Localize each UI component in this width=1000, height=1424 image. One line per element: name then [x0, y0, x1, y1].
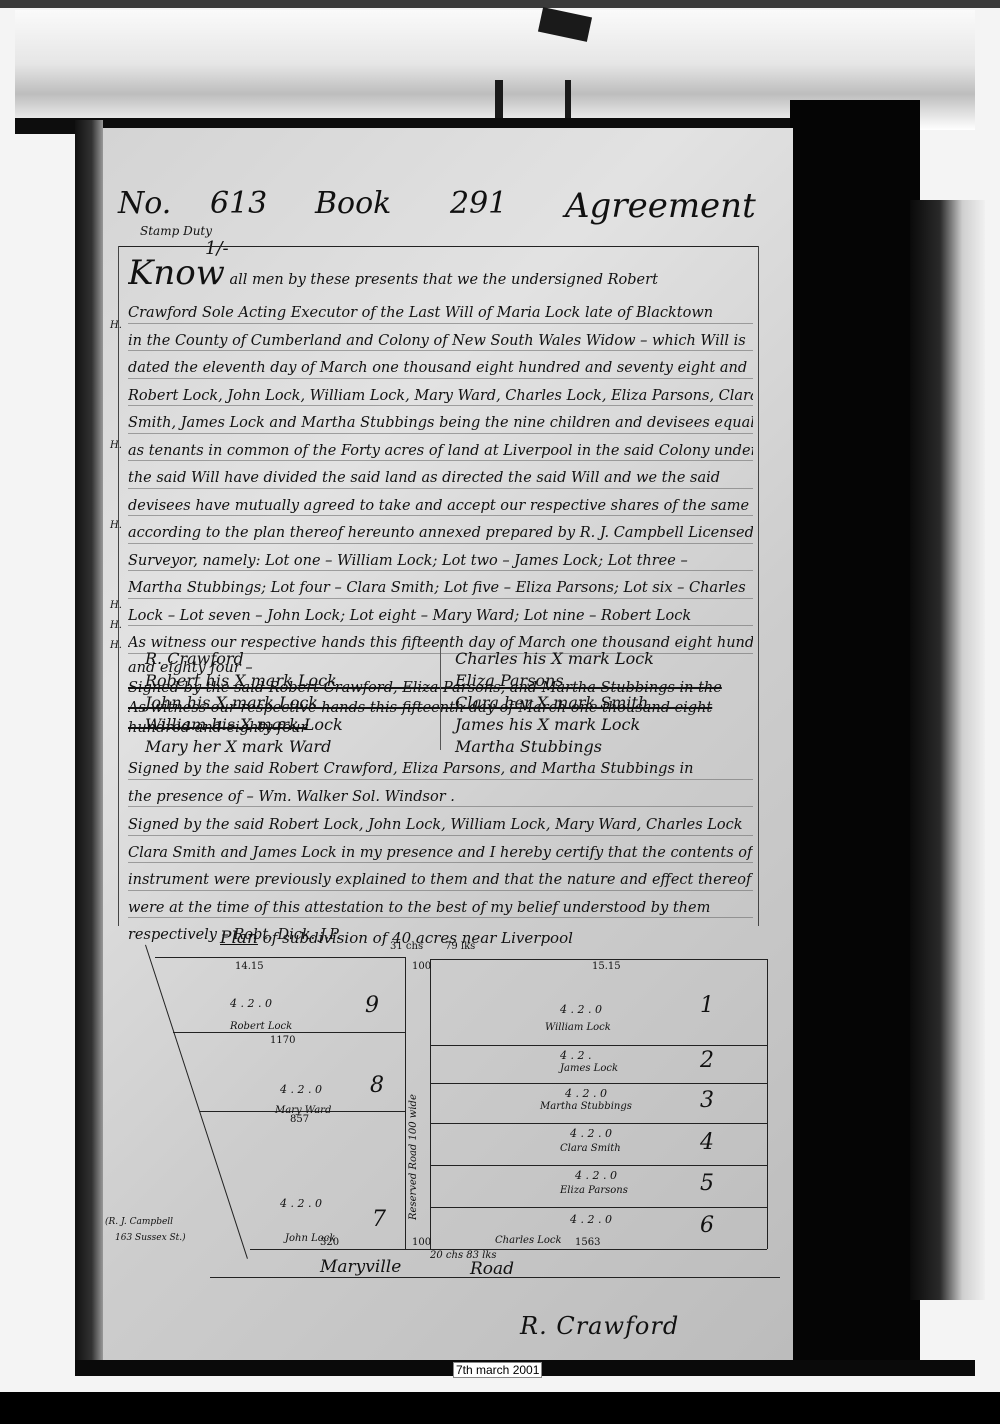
lot-divider	[430, 1045, 767, 1046]
measure-label: 79 lks	[445, 941, 475, 952]
signature-entry: Robert his X mark Lock	[145, 670, 343, 692]
lot-owner: Clara Smith	[560, 1143, 621, 1154]
book-label: Book	[315, 186, 391, 221]
measure-label: 14.15	[235, 961, 264, 972]
signature-entry: Martha Stubbings	[455, 736, 654, 758]
frame-left-shadow	[75, 120, 103, 1370]
lot-number: 7	[372, 1207, 386, 1232]
scan-top-edge	[0, 0, 1000, 8]
road-name: Maryville	[320, 1257, 401, 1277]
signature-entry: Charles his X mark Lock	[455, 648, 654, 670]
signature-entry: James his X mark Lock	[455, 714, 654, 736]
lot-owner: Charles Lock	[495, 1235, 562, 1246]
body-line: Smith, James Lock and Martha Stubbings b…	[128, 410, 753, 438]
measure-label: 15.15	[592, 961, 621, 972]
witness-line: Clara Smith and James Lock in my presenc…	[128, 840, 753, 868]
signature-entry: John his X mark Lock	[145, 692, 343, 714]
margin-note: H.	[110, 440, 122, 451]
body-line: in the County of Cumberland and Colony o…	[128, 328, 753, 356]
lot-area: 4 . 2 . 0	[575, 1169, 617, 1182]
lot-owner: Eliza Parsons	[560, 1185, 628, 1196]
lot-area: 4 . 2 . 0	[280, 1197, 322, 1210]
witness-line: the presence of – Wm. Walker Sol. Windso…	[128, 784, 753, 812]
signature-entry: R. Crawford	[145, 648, 343, 670]
body-line: Surveyor, namely: Lot one – William Lock…	[128, 548, 753, 576]
book-number: 291	[450, 186, 507, 221]
road-word: Road	[470, 1259, 514, 1279]
lot-number: 9	[365, 993, 379, 1018]
lot-number: 6	[700, 1213, 714, 1238]
footer-signature: R. Crawford	[520, 1312, 679, 1340]
measure-label: 100	[412, 1237, 431, 1248]
signature-entry: William his X mark Lock	[145, 714, 343, 736]
lot-area: 4 . 2 . 0	[565, 1087, 607, 1100]
body-line: as tenants in common of the Forty acres …	[128, 438, 753, 466]
lot-owner: Mary Ward	[275, 1105, 331, 1116]
reserved-road-label: Reserved Road 100 wide	[408, 1070, 428, 1220]
measure-label: 31 chs	[390, 941, 423, 952]
date-label: 7th march 2001	[453, 1362, 542, 1378]
lot-owner: Robert Lock	[230, 1021, 292, 1032]
body-line: Lock – Lot seven – John Lock; Lot eight …	[128, 603, 753, 631]
signature-entry: Clara her X mark Smith	[455, 692, 654, 714]
lot-area: 4 . 2 . 0	[280, 1083, 322, 1096]
lot-area: 4 . 2 .	[560, 1049, 591, 1062]
lot-owner: John Lock	[285, 1233, 335, 1244]
lot-number: 4	[700, 1130, 714, 1155]
reserved-road-edge	[405, 957, 406, 1249]
reserved-road-edge	[430, 959, 431, 1249]
scanned-document: No. 613 Book 291 Agreement Stamp Duty 1/…	[0, 0, 1000, 1424]
lot-owner: James Lock	[560, 1063, 618, 1074]
lot-area: 4 . 2 . 0	[570, 1127, 612, 1140]
margin-note: H.	[110, 640, 122, 651]
lot-number: 1	[700, 993, 714, 1018]
surveyor-address: 163 Sussex St.)	[115, 1233, 186, 1243]
lot-area: 4 . 2 . 0	[230, 997, 272, 1010]
scan-bottom-edge	[0, 1392, 1000, 1424]
frame-right-shadow	[790, 100, 920, 1370]
measure-label: 1563	[575, 1237, 600, 1248]
plan-boundary	[767, 959, 768, 1249]
lot-owner: William Lock	[545, 1022, 611, 1033]
body-line: Know all men by these presents that we t…	[128, 256, 753, 300]
lot-owner: Martha Stubbings	[540, 1101, 632, 1112]
lot-divider	[173, 1032, 405, 1033]
signature-divider	[440, 640, 441, 750]
plan-boundary	[155, 957, 405, 958]
body-line: Crawford Sole Acting Executor of the Las…	[128, 300, 753, 328]
tear-mark	[565, 80, 571, 118]
body-line: Robert Lock, John Lock, William Lock, Ma…	[128, 383, 753, 411]
plan-diagonal-boundary	[145, 945, 248, 1259]
margin-note: H.	[110, 320, 122, 331]
signatures-left: R. Crawford Robert his X mark Lock John …	[145, 648, 343, 758]
frame-right-fade	[910, 200, 985, 1300]
lot-number: 8	[370, 1073, 384, 1098]
body-line: devisees have mutually agreed to take an…	[128, 493, 753, 521]
signature-entry: Eliza Parsons	[455, 670, 654, 692]
lot-number: 3	[700, 1088, 714, 1113]
lot-divider	[430, 1123, 767, 1124]
body-line: according to the plan thereof hereunto a…	[128, 520, 753, 548]
lot-divider	[430, 1083, 767, 1084]
witness-clause-1: Signed by the said Robert Crawford, Eliz…	[128, 756, 753, 811]
document-number: 613	[210, 186, 267, 221]
witness-line: instrument were previously explained to …	[128, 867, 753, 895]
document-title: Agreement	[565, 186, 756, 226]
number-prefix: No.	[118, 186, 171, 221]
tear-mark	[495, 80, 503, 118]
subdivision-plan: 31 chs 79 lks 14.15 15.15 100 100 1170 8…	[140, 945, 780, 1290]
signature-entry: Mary her X mark Ward	[145, 736, 343, 758]
plan-boundary	[250, 1249, 767, 1250]
margin-note: H.	[110, 520, 122, 531]
margin-note: H.	[110, 600, 122, 611]
body-line: Martha Stubbings; Lot four – Clara Smith…	[128, 575, 753, 603]
plan-boundary	[430, 959, 767, 960]
stamp-duty-label: Stamp Duty	[140, 224, 212, 238]
lot-area: 4 . 2 . 0	[570, 1213, 612, 1226]
measure-label: 1170	[270, 1035, 295, 1046]
ruled-right-margin	[758, 246, 759, 926]
lot-divider	[430, 1165, 767, 1166]
surveyor-name: (R. J. Campbell	[105, 1217, 173, 1227]
margin-note: H.	[110, 620, 122, 631]
ruled-top-line	[118, 246, 758, 247]
body-line: the said Will have divided the said land…	[128, 465, 753, 493]
opening-word: Know	[128, 256, 225, 293]
measure-label: 100	[412, 961, 431, 972]
witness-line: were at the time of this attestation to …	[128, 895, 753, 923]
lot-area: 4 . 2 . 0	[560, 1003, 602, 1016]
lot-number: 2	[700, 1048, 714, 1073]
witness-line: Signed by the said Robert Lock, John Loc…	[128, 812, 753, 840]
ruled-left-margin	[118, 246, 119, 926]
signatures-right: Charles his X mark Lock Eliza Parsons Cl…	[455, 648, 654, 758]
witness-line: Signed by the said Robert Crawford, Eliz…	[128, 756, 753, 784]
lot-number: 5	[700, 1171, 714, 1196]
lot-divider	[430, 1207, 767, 1208]
body-line: dated the eleventh day of March one thou…	[128, 355, 753, 383]
